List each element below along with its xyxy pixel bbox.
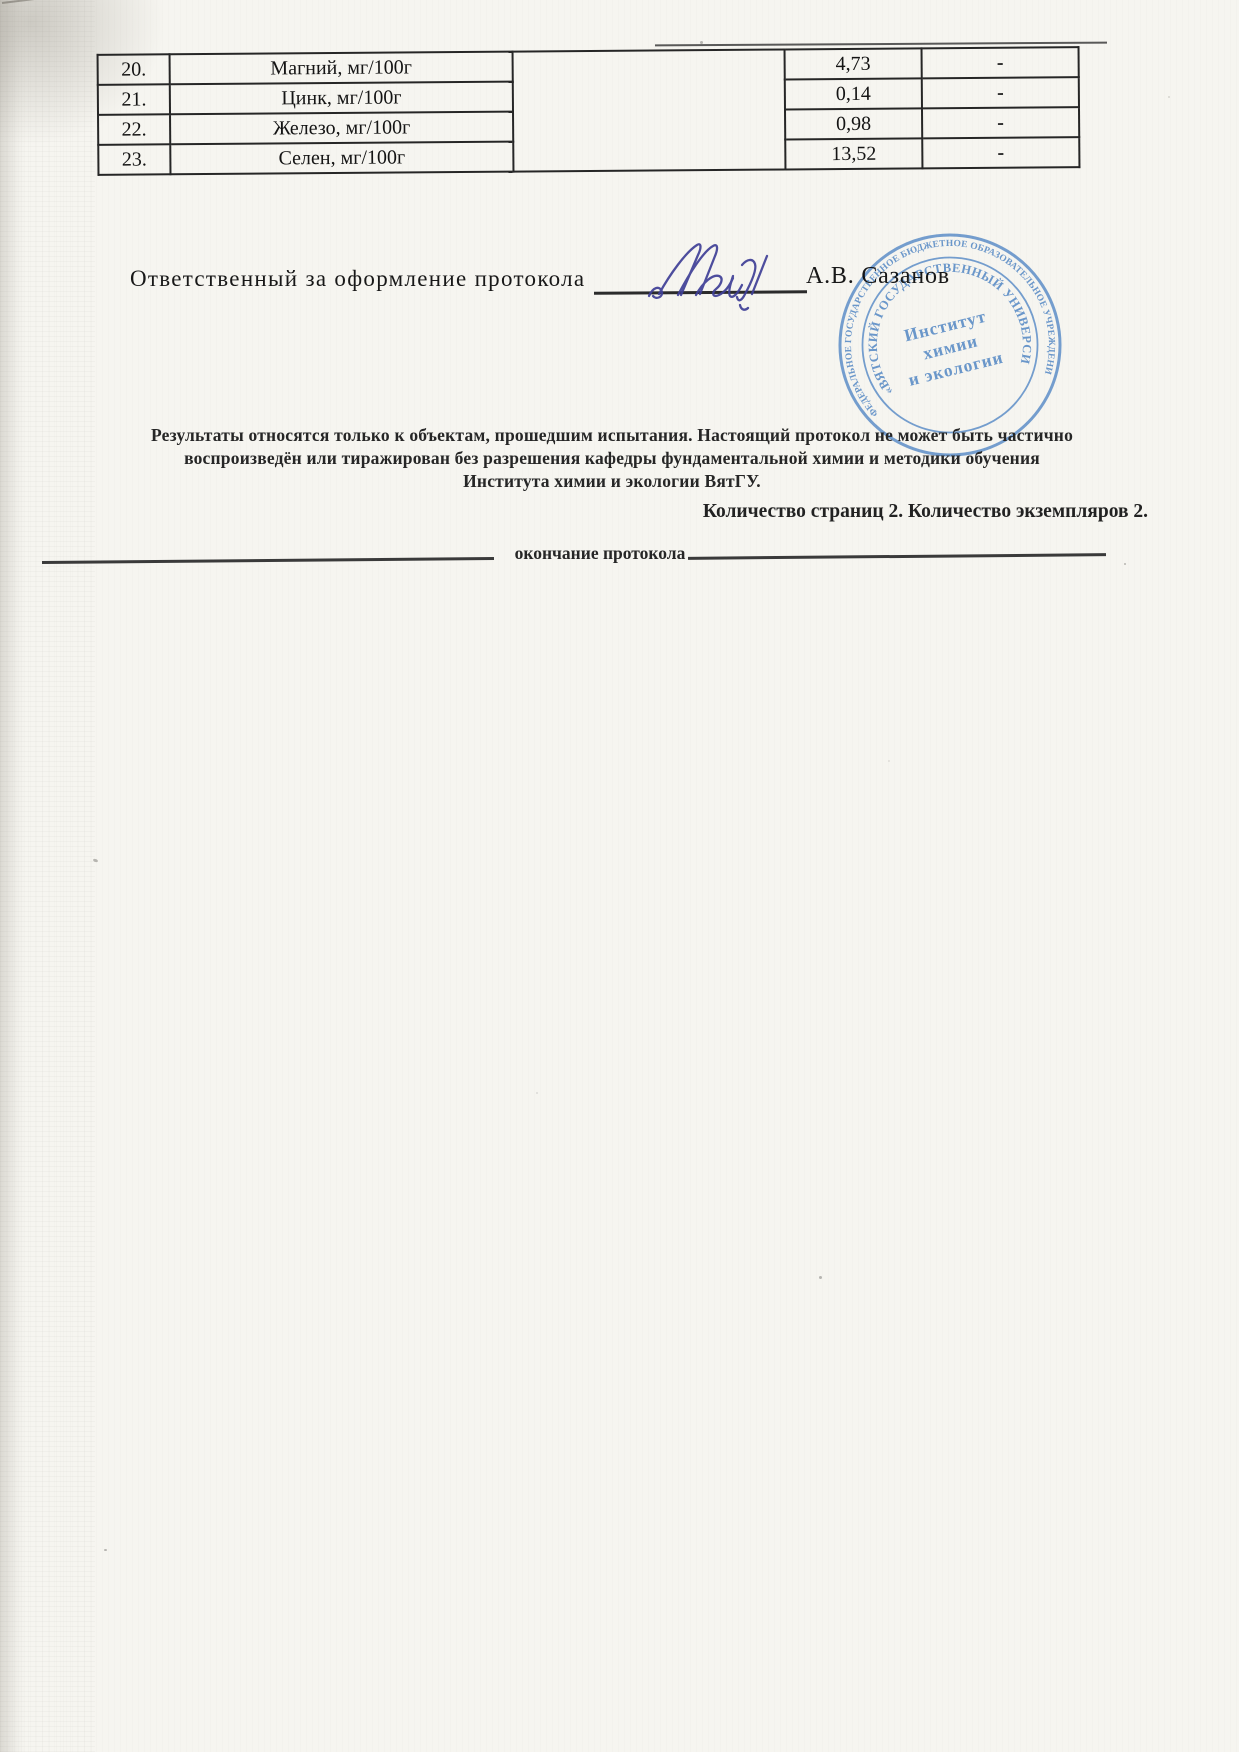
result-value-cell: 13,52 <box>785 138 922 169</box>
signature-label: Ответственный за оформление протокола <box>130 266 585 292</box>
row-number-cell: 22. <box>98 114 170 145</box>
page-counts: Количество страниц 2. Количество экземпл… <box>690 501 1148 523</box>
handwritten-signature <box>555 212 825 322</box>
parameter-name-cell: Селен, мг/100г <box>170 142 513 175</box>
scan-speck <box>1168 96 1170 98</box>
results-table: 20. Магний, мг/100г 4,73 - 21. Цинк, мг/… <box>97 46 1081 176</box>
parameter-name-cell: Цинк, мг/100г <box>170 82 513 115</box>
row-number-cell: 23. <box>98 144 170 175</box>
scan-noise-band <box>0 0 95 1752</box>
row-number-cell: 21. <box>98 84 170 115</box>
parameter-name-cell: Магний, мг/100г <box>170 52 513 85</box>
note-cell: - <box>922 107 1079 138</box>
protocol-end-label: окончание протокола <box>470 543 730 564</box>
end-rule-left <box>42 557 494 564</box>
parameter-name-cell: Железо, мг/100г <box>170 112 513 145</box>
scan-speck <box>104 1549 107 1551</box>
note-cell: - <box>922 137 1079 168</box>
result-value-cell: 4,73 <box>785 48 922 79</box>
scan-speck <box>1124 563 1126 565</box>
results-table-wrap: 20. Магний, мг/100г 4,73 - 21. Цинк, мг/… <box>97 46 1081 176</box>
row-number-cell: 20. <box>98 54 170 85</box>
scan-speck <box>819 1276 822 1279</box>
note-cell: - <box>922 77 1079 108</box>
note-cell: - <box>922 47 1079 78</box>
scan-speck <box>536 1092 538 1094</box>
result-value-cell: 0,98 <box>785 108 922 139</box>
end-rule-right <box>688 553 1106 559</box>
disclaimer-line-3: Института химии и экологии ВятГУ. <box>92 470 1132 493</box>
scanned-protocol-page: 20. Магний, мг/100г 4,73 - 21. Цинк, мг/… <box>0 0 1239 1752</box>
scan-speck <box>700 41 703 44</box>
disclaimer-line-2: воспроизведён или тиражирован без разреш… <box>92 447 1132 470</box>
disclaimer-line-1: Результаты относятся только к объектам, … <box>92 424 1132 447</box>
result-value-cell: 0,14 <box>785 78 922 109</box>
scan-speck <box>888 760 890 762</box>
merged-empty-cell <box>513 49 786 171</box>
disclaimer-paragraph: Результаты относятся только к объектам, … <box>92 424 1132 493</box>
